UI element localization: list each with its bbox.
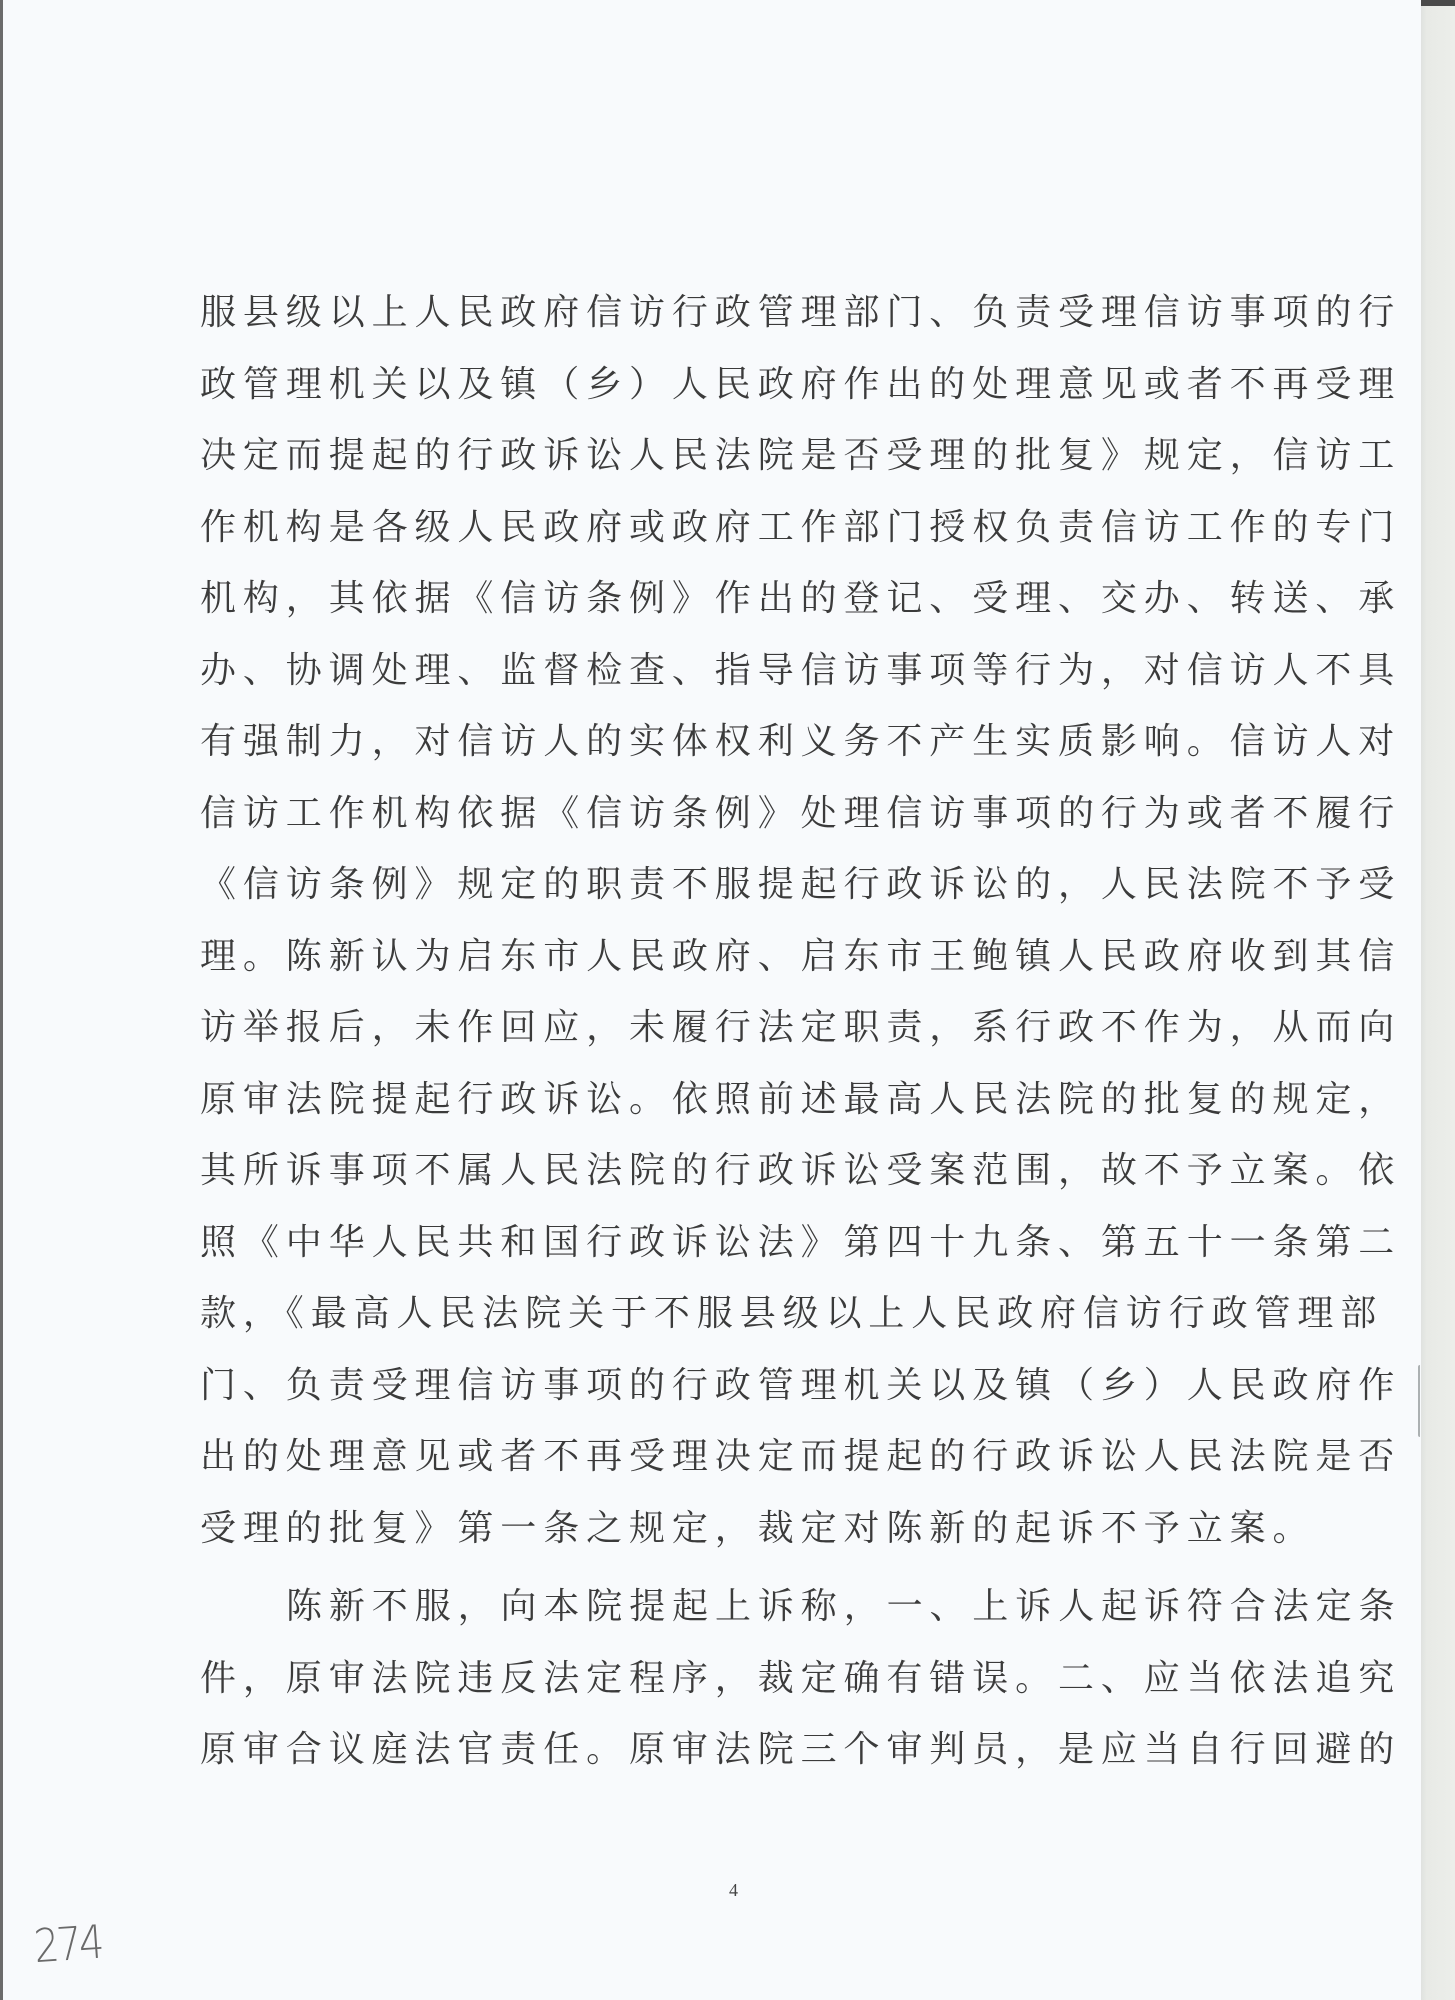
scan-right-shadow	[1421, 0, 1455, 2000]
text-line: 决定而提起的行政诉讼人民法院是否受理的批复》规定，信访工	[200, 430, 1275, 502]
staple-mark	[1418, 1365, 1424, 1437]
text-line: 服县级以上人民政府信访行政管理部门、负责受理信访事项的行	[200, 287, 1275, 359]
text-line: 理。陈新认为启东市人民政府、启东市王鲍镇人民政府收到其信	[200, 931, 1275, 1003]
text-line: 访举报后，未作回应，未履行法定职责，系行政不作为，从而向	[200, 1002, 1275, 1074]
text-line: 有强制力，对信访人的实体权利义务不产生实质影响。信访人对	[200, 716, 1275, 788]
text-line: 件，原审法院违反法定程序，裁定确有错误。二、应当依法追究	[200, 1653, 1275, 1725]
text-line: 信访工作机构依据《信访条例》处理信访事项的行为或者不履行	[200, 788, 1275, 860]
page-number: 4	[729, 1880, 738, 1901]
text-line: 政管理机关以及镇（乡）人民政府作出的处理意见或者不再受理	[200, 359, 1275, 431]
document-body: 服县级以上人民政府信访行政管理部门、负责受理信访事项的行 政管理机关以及镇（乡）…	[200, 287, 1275, 1796]
text-line: 原审法院提起行政诉讼。依照前述最高人民法院的批复的规定，	[200, 1074, 1275, 1146]
document-page: 服县级以上人民政府信访行政管理部门、负责受理信访事项的行 政管理机关以及镇（乡）…	[0, 0, 1421, 2000]
text-line: 受理的批复》第一条之规定，裁定对陈新的起诉不予立案。	[200, 1503, 1275, 1575]
text-line: 其所诉事项不属人民法院的行政诉讼受案范围，故不予立案。依	[200, 1145, 1275, 1217]
paragraph-start-line: 陈新不服，向本院提起上诉称，一、上诉人起诉符合法定条	[200, 1581, 1275, 1653]
text-line: 机构，其依据《信访条例》作出的登记、受理、交办、转送、承	[200, 573, 1275, 645]
text-line: 办、协调处理、监督检查、指导信访事项等行为，对信访人不具	[200, 645, 1275, 717]
text-line: 出的处理意见或者不再受理决定而提起的行政诉讼人民法院是否	[200, 1431, 1275, 1503]
text-line: 照《中华人民共和国行政诉讼法》第四十九条、第五十一条第二	[200, 1217, 1275, 1289]
scan-top-right-edge	[1421, 0, 1455, 6]
scan-left-edge	[0, 0, 3, 2000]
text-line: 门、负责受理信访事项的行政管理机关以及镇（乡）人民政府作	[200, 1360, 1275, 1432]
text-line: 款，《最高人民法院关于不服县级以上人民政府信访行政管理部	[200, 1288, 1275, 1360]
text-line: 原审合议庭法官责任。原审法院三个审判员，是应当自行回避的	[200, 1724, 1275, 1796]
handwritten-page-note: 274	[32, 1916, 103, 1973]
text-line: 《信访条例》规定的职责不服提起行政诉讼的，人民法院不予受	[200, 859, 1275, 931]
text-line: 作机构是各级人民政府或政府工作部门授权负责信访工作的专门	[200, 502, 1275, 574]
